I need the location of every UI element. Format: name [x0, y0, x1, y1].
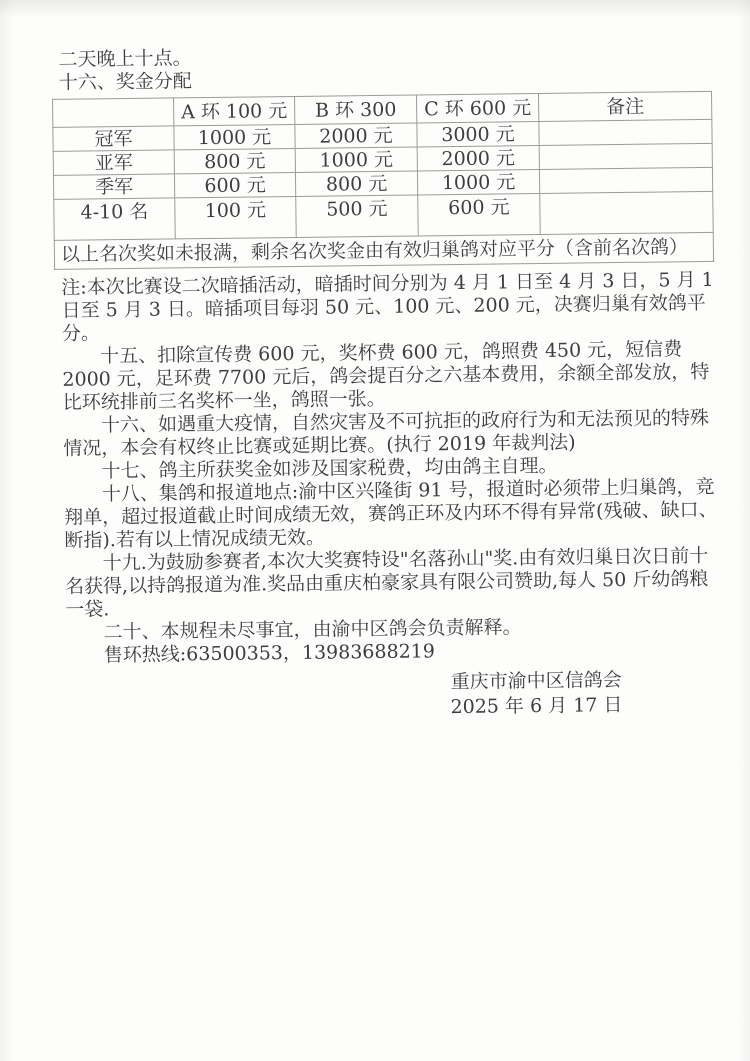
prize-cell: 1000 元 — [174, 124, 295, 149]
column-header-c-ring: C 环 600 元 — [417, 93, 539, 122]
paragraph-item-15: 十五、扣除宣传费 600 元，奖杯费 600 元，鸽照费 450 元，短信费 2… — [62, 338, 721, 415]
paragraph-item-16: 十六、如遇重大疫情，自然灾害及不可抗拒的政府行为和无法预见的特殊情况，本会有权终… — [63, 407, 722, 461]
remarks-cell — [539, 143, 712, 169]
remarks-cell — [540, 191, 713, 234]
column-header-b-ring: B 环 300 — [295, 95, 417, 124]
prize-cell: 2000 元 — [417, 145, 539, 170]
prize-cell: 800 元 — [174, 148, 295, 173]
prize-cell: 1000 元 — [295, 147, 417, 172]
rank-label: 亚军 — [53, 150, 174, 175]
paragraph-item-18: 十八、集鸽和报道地点:渝中区兴隆街 91 号，报道时必须带上归巢鸽，竞翔单，超过… — [64, 476, 723, 553]
column-header-a-ring: A 环 100 元 — [174, 96, 295, 125]
remarks-cell — [539, 167, 712, 193]
rank-label: 4-10 名 — [54, 198, 175, 240]
signature-organization: 重庆市渝中区信鸽会 — [396, 667, 676, 695]
signature-block: 重庆市渝中区信鸽会 2025 年 6 月 17 日 — [396, 667, 677, 720]
rank-label: 冠军 — [53, 126, 174, 151]
prize-cell: 600 元 — [418, 193, 540, 235]
prize-cell: 800 元 — [295, 171, 417, 196]
document-page: 二天晚上十点。 十六、奖金分配 A 环 100 元 B 环 300 C 环 60… — [0, 0, 750, 1061]
prize-cell: 1000 元 — [417, 169, 539, 194]
paragraph-item-19: 十九.为鼓励参赛者,本次大奖赛特设"名落孙山"奖.由有效归巢日次日前十名获得,以… — [65, 545, 724, 622]
prize-cell: 600 元 — [174, 172, 295, 197]
paper-sheet: 二天晚上十点。 十六、奖金分配 A 环 100 元 B 环 300 C 环 60… — [0, 0, 750, 726]
prize-table: A 环 100 元 B 环 300 C 环 600 元 备注 冠军 1000 元… — [52, 91, 714, 270]
prize-cell: 100 元 — [175, 196, 296, 238]
column-header-remarks: 备注 — [539, 91, 712, 121]
column-header-blank — [53, 98, 174, 127]
rank-label: 季军 — [53, 174, 174, 199]
prize-cell: 2000 元 — [295, 123, 417, 148]
remarks-cell — [539, 119, 712, 145]
signature-date: 2025 年 6 月 17 日 — [396, 692, 676, 720]
prize-cell: 3000 元 — [417, 121, 539, 146]
prize-cell: 500 元 — [296, 195, 418, 237]
paragraph-note: 注:本次比赛设二次暗插活动，暗插时间分别为 4 月 1 日至 4 月 3 日，5… — [61, 269, 720, 346]
